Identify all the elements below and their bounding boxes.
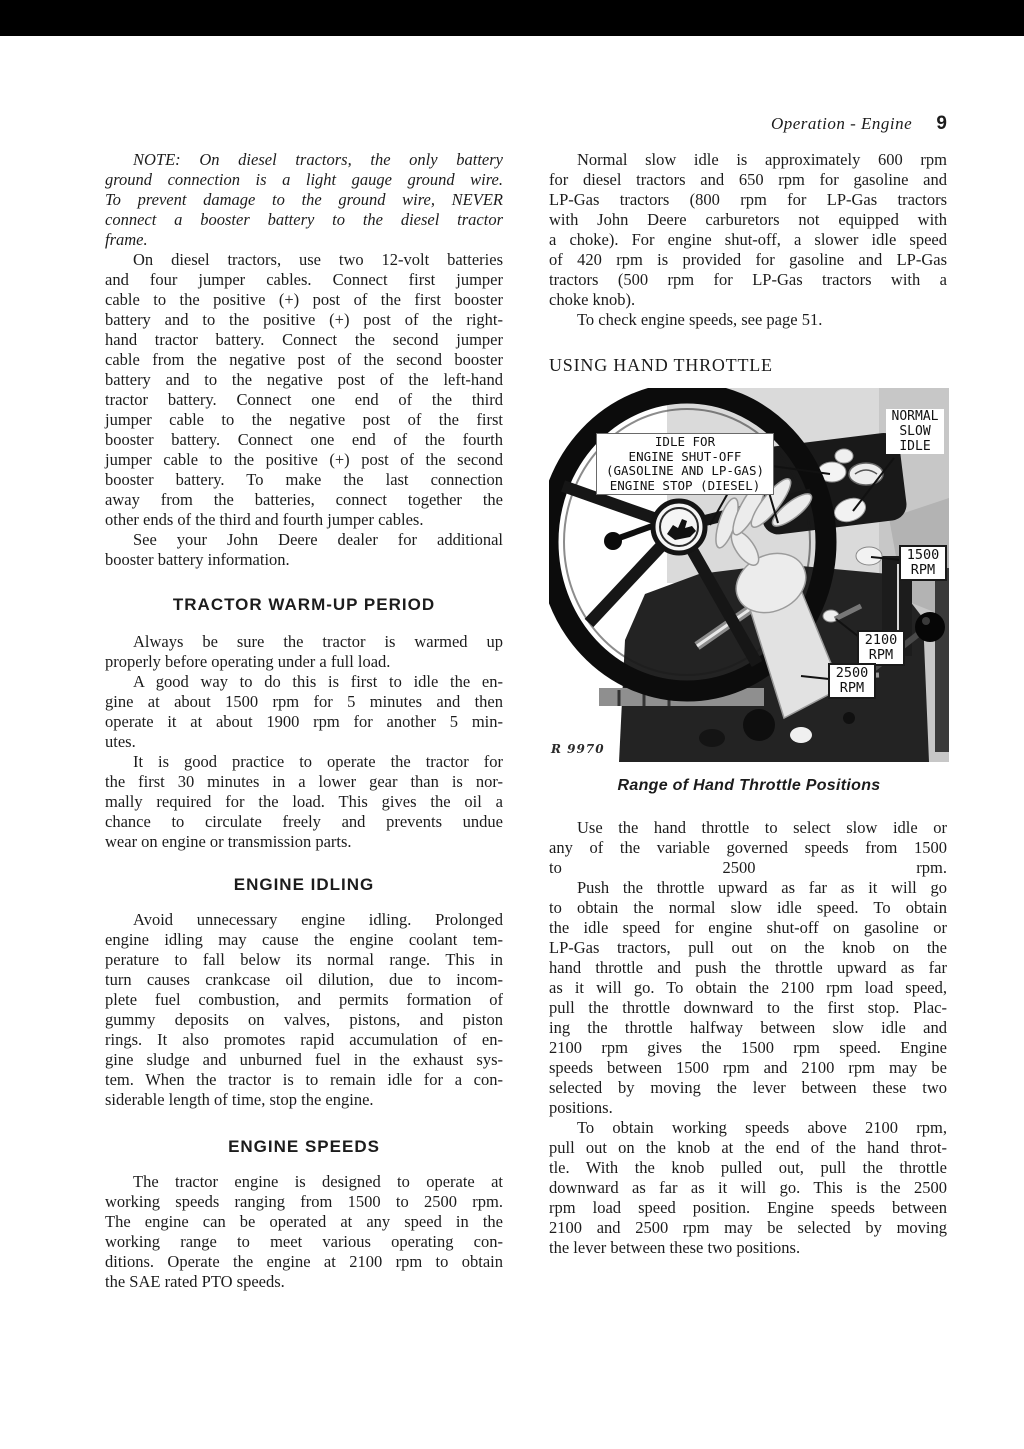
dealer-paragraph: See your John Deere dealer for additiona… [105,530,503,570]
manual-page: { "page": { "header": { "title": "Operat… [0,0,1024,1449]
note-paragraph: NOTE: On diesel tractors, the only batte… [105,150,503,250]
warmup-paragraph-3: It is good practice to operate the tract… [105,752,503,852]
figure-hand-throttle-photo: IDLE FORENGINE SHUT-OFF(GASOLINE AND LP-… [549,388,949,762]
warmup-paragraph-2: A good way to do this is first to idle t… [105,672,503,752]
callout-2100-rpm: 2100RPM [857,630,905,666]
right-column: Normal slow idle is approximately 600 rp… [549,150,947,1258]
signal-lever-knob [604,532,622,550]
warmup-paragraph-1: Always be sure the tractor is warmed upp… [105,632,503,672]
throttle-lever-1500 [856,547,882,565]
check-speeds-paragraph: To check engine speeds, see page 51. [549,310,947,330]
ball-knob-highlight [922,617,930,625]
above-2100-paragraph: To obtain working speeds above 2100 rpm,… [549,1118,947,1258]
pedal-shape [699,729,725,747]
pedal-shape [743,709,775,741]
throttle-knob-tip [835,449,853,463]
ball-knob [915,612,945,642]
callout-idle-for-engine-shutoff: IDLE FORENGINE SHUT-OFF(GASOLINE AND LP-… [596,433,774,495]
heading-engine-speeds: ENGINE SPEEDS [105,1136,503,1158]
booster-battery-paragraph: On diesel tractors, use two 12-volt batt… [105,250,503,530]
body-edge [935,568,949,752]
callout-normal-slow-idle: NORMALSLOWIDLE [886,409,944,454]
page-number: 9 [936,113,947,134]
light-spot [790,727,812,743]
figure-caption: Range of Hand Throttle Positions [549,776,949,796]
left-column: NOTE: On diesel tractors, the only batte… [105,150,503,1292]
heading-tractor-warmup: TRACTOR WARM-UP PERIOD [105,594,503,616]
push-throttle-paragraph: Push the throttle upward as far as it wi… [549,878,947,1118]
heading-using-hand-throttle: USING HAND THROTTLE [549,354,947,376]
photo-credit: R 9970 [551,739,605,759]
callout-2500-rpm: 2500RPM [828,663,876,699]
use-throttle-paragraph: Use the hand throttle to select slow idl… [549,818,947,878]
slow-idle-paragraph: Normal slow idle is approximately 600 rp… [549,150,947,310]
running-head: Operation - Engine 9 [549,113,947,137]
gauge [849,463,883,485]
heading-engine-idling: ENGINE IDLING [105,874,503,896]
running-head-title: Operation - Engine [771,114,912,133]
callout-1500-rpm: 1500RPM [899,545,947,581]
idling-paragraph: Avoid unnecessary engine idling. Prolong… [105,910,503,1110]
bolt-shape [843,712,855,724]
scan-edge-bar [0,0,1024,36]
speeds-paragraph: The tractor engine is designed to operat… [105,1172,503,1292]
